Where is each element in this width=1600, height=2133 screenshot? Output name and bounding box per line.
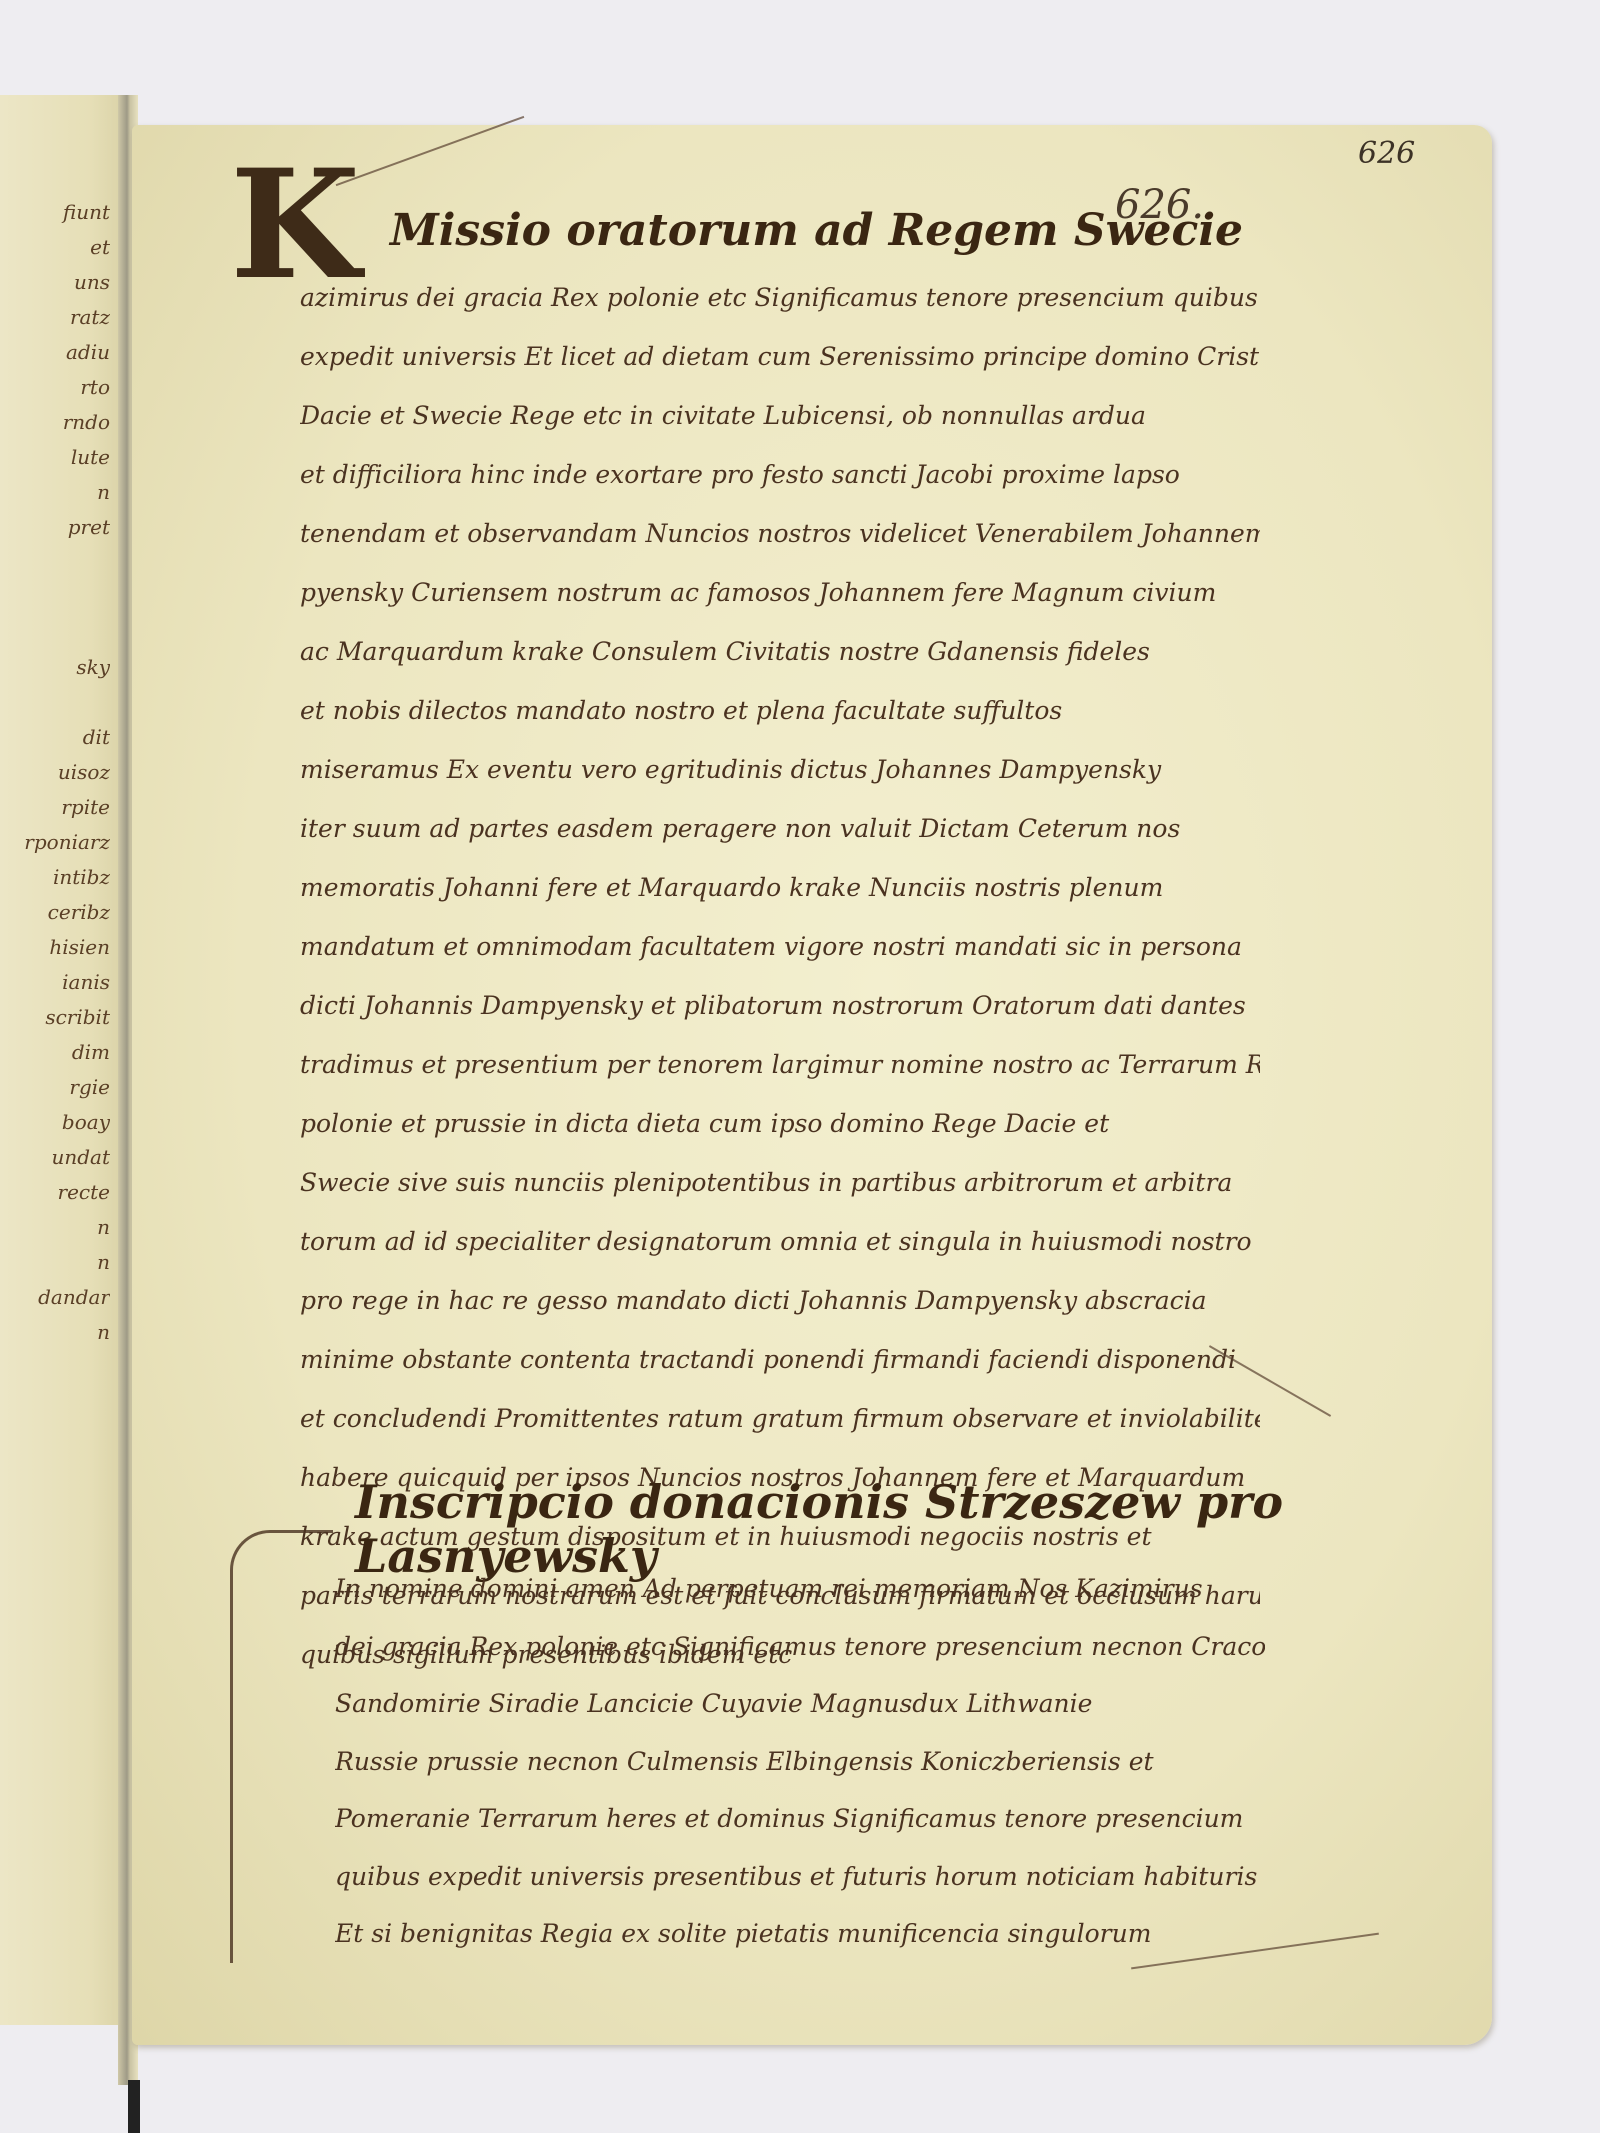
fragment: dit <box>0 720 110 755</box>
fragment: n <box>0 1315 110 1350</box>
fragment: ianis <box>0 965 110 1000</box>
text-line: torum ad id specialiter designatorum omn… <box>300 1212 1260 1271</box>
fragment: n <box>0 475 110 510</box>
fragment: adiu <box>0 335 110 370</box>
fragment: lute <box>0 440 110 475</box>
left-facing-page: fiunt et uns ratz adiu rto rndo lute n p… <box>0 95 128 2025</box>
fragment: n <box>0 1245 110 1280</box>
fragment: sky <box>0 650 110 685</box>
fragment: uisoz <box>0 755 110 790</box>
text-line: tradimus et presentium per tenorem largi… <box>300 1035 1260 1094</box>
text-line: et difficiliora hinc inde exortare pro f… <box>300 445 1260 504</box>
left-page-text-fragments: fiunt et uns ratz adiu rto rndo lute n p… <box>0 195 110 1350</box>
text-line: et nobis dilectos mandato nostro et plen… <box>300 681 1260 740</box>
fragment <box>0 685 110 720</box>
text-line: minime obstante contenta tractandi ponen… <box>300 1330 1260 1389</box>
fragment: undat <box>0 1140 110 1175</box>
text-line: Pomeranie Terrarum heres et dominus Sign… <box>335 1790 1265 1848</box>
text-line: dei gracia Rex polonie etc Significamus … <box>335 1618 1265 1676</box>
marginal-bracket <box>230 1530 333 1963</box>
fragment: dim <box>0 1035 110 1070</box>
fragment: hisien <box>0 930 110 965</box>
text-line: quibus expedit universis presentibus et … <box>335 1848 1265 1906</box>
text-line: azimirus dei gracia Rex polonie etc Sign… <box>300 268 1260 327</box>
text-line: polonie et prussie in dicta dieta cum ip… <box>300 1094 1260 1153</box>
text-line: mandatum et omnimodam facultatem vigore … <box>300 917 1260 976</box>
fragment: recte <box>0 1175 110 1210</box>
folio-number-stamp: 626 <box>1358 136 1415 171</box>
text-line: pyensky Curiensem nostrum ac famosos Joh… <box>300 563 1260 622</box>
fragment <box>0 545 110 580</box>
text-line: Dacie et Swecie Rege etc in civitate Lub… <box>300 386 1260 445</box>
fragment: et <box>0 230 110 265</box>
fragment: rpite <box>0 790 110 825</box>
section-heading-missio: Missio oratorum ad Regem Swecie <box>390 205 1243 256</box>
text-line: In nomine domini amen Ad perpetuam rei m… <box>335 1560 1265 1618</box>
fragment <box>0 615 110 650</box>
fragment: ceribz <box>0 895 110 930</box>
fragment: dandar <box>0 1280 110 1315</box>
text-line: expedit universis Et licet ad dietam cum… <box>300 327 1260 386</box>
text-line: miseramus Ex eventu vero egritudinis dic… <box>300 740 1260 799</box>
fragment: pret <box>0 510 110 545</box>
text-line: tenendam et observandam Nuncios nostros … <box>300 504 1260 563</box>
fragment: scribit <box>0 1000 110 1035</box>
fragment: rponiarz <box>0 825 110 860</box>
text-line: ac Marquardum krake Consulem Civitatis n… <box>300 622 1260 681</box>
text-line: et concludendi Promittentes ratum gratum… <box>300 1389 1260 1448</box>
text-line: Sandomirie Siradie Lancicie Cuyavie Magn… <box>335 1675 1265 1733</box>
text-line: Russie prussie necnon Culmensis Elbingen… <box>335 1733 1265 1791</box>
fragment <box>0 580 110 615</box>
text-line: Swecie sive suis nunciis plenipotentibus… <box>300 1153 1260 1212</box>
text-line: memoratis Johanni fere et Marquardo krak… <box>300 858 1260 917</box>
fragment: rto <box>0 370 110 405</box>
fragment: rgie <box>0 1070 110 1105</box>
fragment: n <box>0 1210 110 1245</box>
fragment: boay <box>0 1105 110 1140</box>
section-body-missio: azimirus dei gracia Rex polonie etc Sign… <box>300 268 1260 1684</box>
fragment: intibz <box>0 860 110 895</box>
text-line: iter suum ad partes easdem peragere non … <box>300 799 1260 858</box>
fragment: fiunt <box>0 195 110 230</box>
text-line: Et si benignitas Regia ex solite pietati… <box>335 1905 1265 1963</box>
section-body-inscripcio: In nomine domini amen Ad perpetuam rei m… <box>335 1560 1265 1963</box>
fragment: uns <box>0 265 110 300</box>
text-line: dicti Johannis Dampyensky et plibatorum … <box>300 976 1260 1035</box>
fragment: rndo <box>0 405 110 440</box>
binding-edge <box>128 2080 140 2133</box>
fragment: ratz <box>0 300 110 335</box>
text-line: pro rege in hac re gesso mandato dicti J… <box>300 1271 1260 1330</box>
